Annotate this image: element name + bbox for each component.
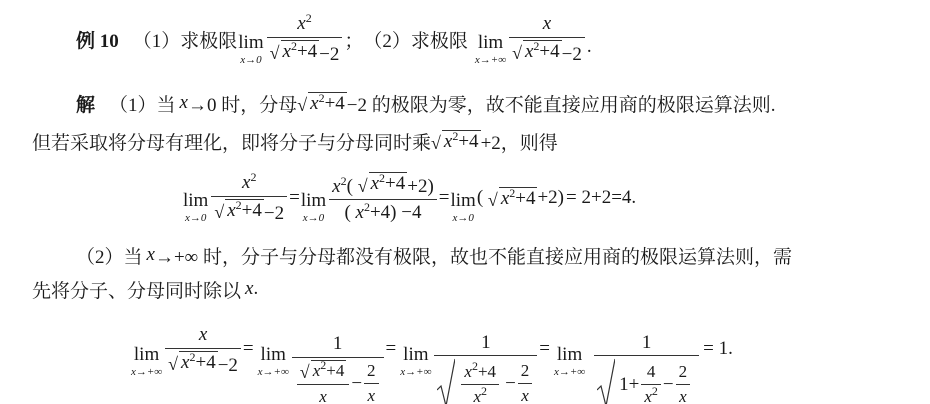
solution-line-1: 解 （1）当 x →0 时，分母 √x2+4 −2 的极限为零，故不能直接应用商…: [76, 88, 776, 118]
sqrt-expression: x2+4 x2: [437, 358, 505, 404]
sqrt-expression: √x2+4: [297, 92, 347, 115]
solution-line-3: （2）当 x →+∞ 时，分子与分母都没有极限，故也不能直接应用商的极限运算法则…: [76, 240, 792, 270]
sqrt-expression: √x2+4: [431, 130, 481, 153]
equation-2: lim x→+∞ x √x2+4−2 = lim x→+∞ 1 √x2+4 x …: [130, 312, 733, 402]
solution-line-4: 先将分子、分母同时除以 x .: [32, 274, 258, 304]
part1-prefix: （1）求极限: [133, 26, 238, 53]
sqrt-expression: 1+ 4 x2 − 2 x: [597, 358, 696, 404]
limit-operator: lim x→0: [238, 33, 263, 66]
example-statement: 例 10 （1）求极限 lim x→0 x2 √x2+4−2 ； （2）求极限 …: [76, 8, 592, 70]
example-label: 例 10: [76, 26, 119, 53]
part1-fraction: x2 √x2+4−2: [267, 13, 343, 66]
equation-1: lim x→0 x2 √x2+4−2 = lim x→0 x2( √x2+4+2…: [182, 168, 636, 228]
solution-line-2: 但若采取将分母有理化，即将分子与分母同时乘 √x2+4 +2，则得: [32, 126, 558, 156]
part2-prefix: （2）求极限: [363, 26, 468, 53]
solution-label: 解: [76, 90, 95, 117]
part2-fraction: x √x2+4−2: [509, 13, 585, 66]
limit-operator: lim x→+∞: [475, 33, 506, 66]
sqrt-expression: √x2+4: [270, 40, 320, 63]
